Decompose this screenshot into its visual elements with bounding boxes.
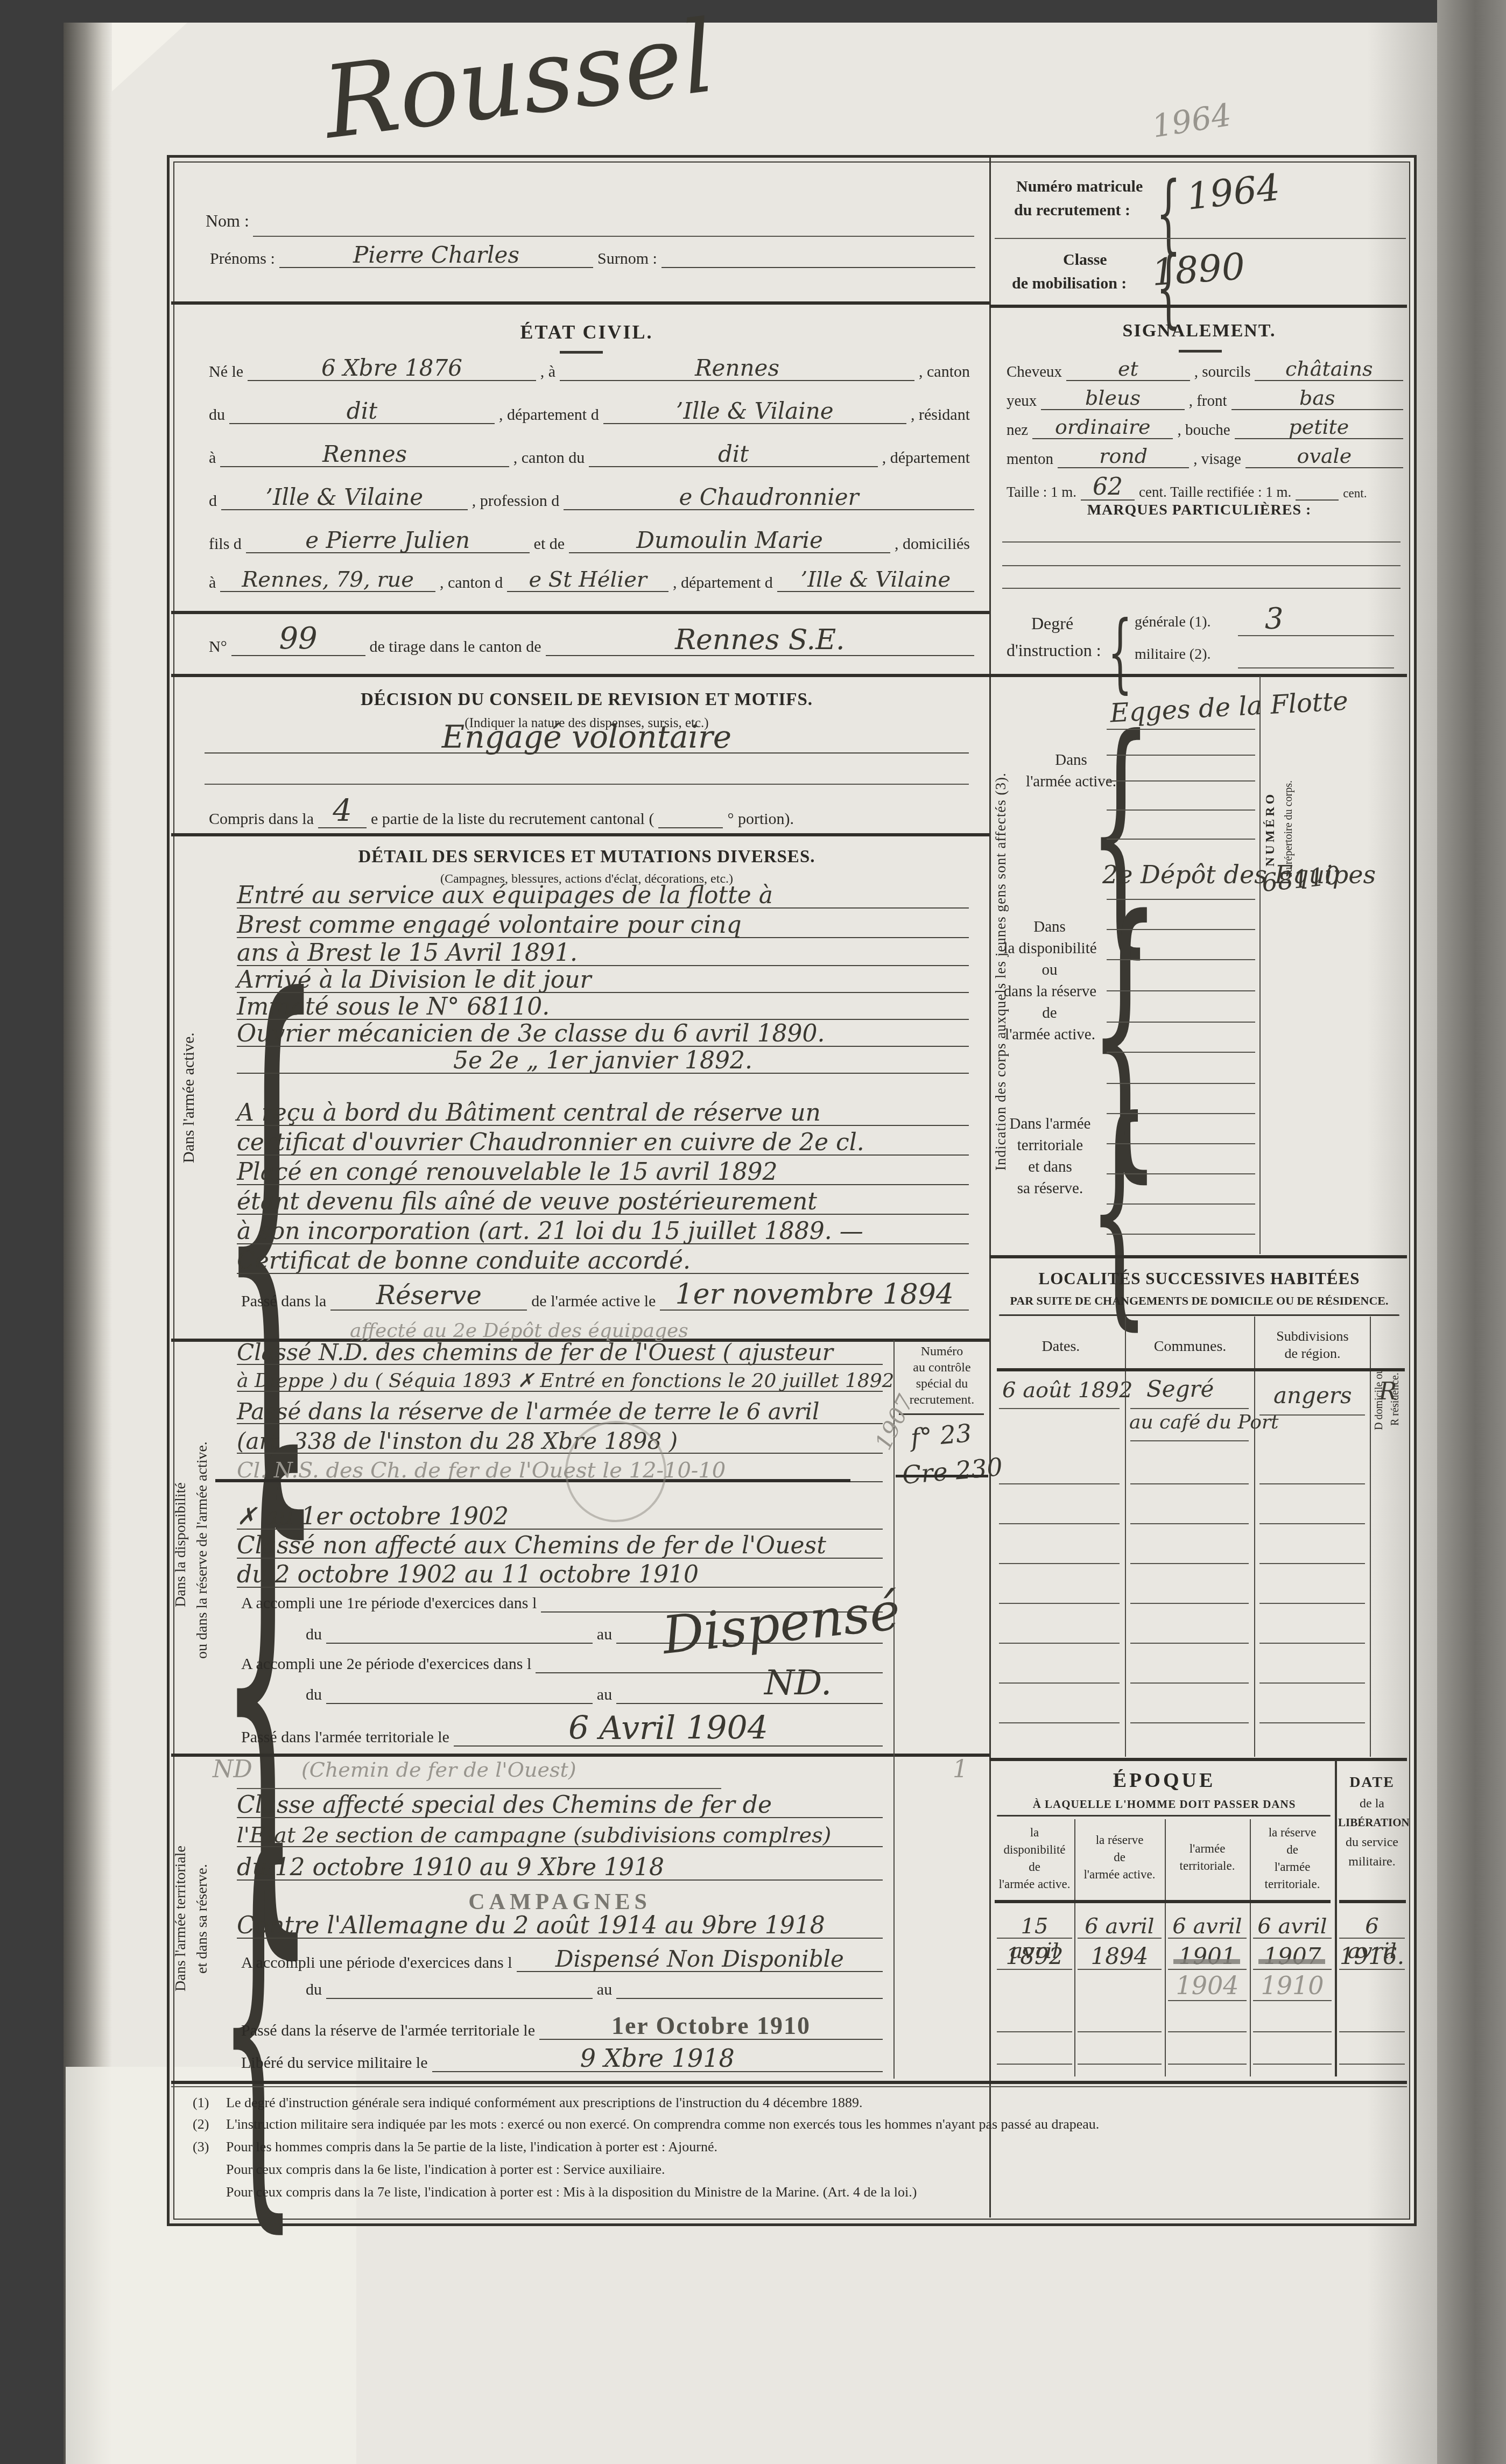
ep-u2a	[1078, 1938, 1162, 1939]
controle-header-1: Numéro	[897, 1344, 987, 1359]
loc-blank-s2	[1259, 1523, 1365, 1524]
signalement-row-4: menton rond , visage ovale	[1002, 446, 1403, 468]
epoque-c4-l4: territoriale.	[1251, 1877, 1334, 1891]
epoque-v2a: 6 avril	[1076, 1914, 1163, 1939]
loc-blank-d2	[999, 1523, 1120, 1524]
compris-portion-fill	[658, 827, 723, 828]
corps-terr-line-3	[1107, 1143, 1255, 1144]
section-label-armee-active: Dans l'armée active.	[181, 861, 197, 1335]
svc-line-5: Immaté sous le N° 68110.	[237, 995, 969, 1020]
ec-l1-h1: 6 Xbre 1876	[248, 356, 536, 381]
epoque-c2-l3: l'armée active.	[1075, 1868, 1164, 1882]
loc-blank-d6	[999, 1682, 1120, 1684]
loc-blank-c2	[1130, 1523, 1249, 1524]
loc-blank-c4	[1130, 1603, 1249, 1604]
menton-value: rond	[1058, 446, 1189, 468]
localites-ornament-rule	[999, 1314, 1399, 1316]
corps-active-line-4	[1107, 809, 1255, 811]
ep-u4c	[1253, 2000, 1332, 2001]
epoque-c4-l2: de	[1251, 1843, 1334, 1857]
localites-col-dates: Dates.	[999, 1338, 1123, 1355]
militaire-fill-line	[1238, 667, 1394, 668]
svc-line-7: 5e 2e „ 1er janvier 1892.	[237, 1049, 969, 1074]
corps-terr-line-5	[1107, 1203, 1255, 1205]
epoque-c4-l3: l'armée	[1251, 1860, 1334, 1874]
dispo-line-3: Passé dans la réserve de l'armée de terr…	[237, 1400, 883, 1424]
localites-bottom-rule	[989, 1758, 1407, 1761]
terr-periode-text: A accompli une période d'exercices dans …	[237, 1954, 517, 1972]
taille-label: Taille : 1 m.	[1002, 484, 1081, 501]
localites-col-communes: Communes.	[1128, 1338, 1252, 1355]
svc-line-1: Entré au service aux équipages de la flo…	[237, 884, 969, 909]
marques-line-1	[1002, 541, 1401, 543]
scanned-military-register-page: { "header": { "pencil_number": "1964", "…	[0, 0, 1506, 2464]
ec-l2-h2: ’Ille & Vilaine	[603, 399, 906, 424]
section-label-territoriale-2: et dans sa réserve.	[195, 1808, 210, 2029]
epoque-c2-l2: de	[1075, 1850, 1164, 1864]
signalement-title: SIGNALEMENT.	[995, 321, 1404, 341]
marques-line-2	[1002, 565, 1401, 566]
ep-u3c	[1168, 2000, 1247, 2001]
etat-civil-line-6: à Rennes, 79, rue , canton d e St Hélier…	[205, 568, 974, 592]
matricule-label-2: du recrutement :	[1014, 201, 1130, 220]
localites-col-divider-2	[1254, 1317, 1255, 1757]
tirage-no-label: N°	[205, 638, 231, 656]
passe-value-1: Réserve	[330, 1282, 527, 1310]
epoque-v5b: 1916.	[1338, 1943, 1406, 1969]
epoque-v2b: 1894	[1076, 1943, 1163, 1969]
nom-fill-line	[253, 236, 974, 237]
etat-civil-line-2: du dit , département d ’Ille & Vilaine ,…	[205, 399, 974, 424]
pencil-chemin-line: (Chemin de fer de l'Ouest)	[301, 1758, 576, 1782]
loc-blank-s7	[1259, 1722, 1365, 1723]
ep-b3	[1168, 2031, 1247, 2032]
svc-line-13: Certificat de bonne conduite accordé.	[237, 1249, 969, 1274]
controle-header-3: spécial du	[897, 1377, 987, 1391]
militaire-label: militaire (2).	[1135, 646, 1211, 663]
epoque-date-l2: de la	[1338, 1797, 1406, 1811]
tirage-row: N° 99 de tirage dans le canton de Rennes…	[205, 623, 974, 656]
svc-line-10: Placé en congé renouvelable le 15 avril …	[237, 1160, 969, 1185]
compris-value: 4	[318, 795, 367, 828]
etat-civil-line-3: à Rennes , canton du dit , département	[205, 442, 974, 467]
page-edge-backdrop	[1437, 0, 1506, 2464]
ec-l4-p1: d	[205, 492, 221, 510]
periode2-text: A accompli une 2e période d'exercices da…	[237, 1655, 536, 1673]
corps-terr-line-6	[1107, 1234, 1255, 1235]
compris-text-2: e partie de la liste du recrutement cant…	[367, 810, 658, 828]
loc-blank-c5	[1130, 1643, 1249, 1644]
pencil-depot-line: affecté au 2e Dépôt des équipages	[350, 1320, 688, 1342]
prenoms-row: Prénoms : Pierre Charles Surnom :	[206, 243, 975, 268]
ec-l4-h1: ’Ille & Vilaine	[221, 485, 468, 510]
svc-line-11: étant devenu fils aîné de veuve postérie…	[237, 1190, 969, 1215]
svc-line-4: Arrivé à la Division le dit jour	[237, 968, 969, 993]
generale-fill-line	[1238, 635, 1394, 636]
epoque-v3b-strike	[1173, 1959, 1240, 1964]
svc-line-9: certificat d'ouvrier Chaudronnier en cui…	[237, 1131, 969, 1156]
nez-label: nez	[1002, 421, 1032, 439]
surnom-fill	[661, 267, 975, 268]
epoque-v4b: 1907	[1252, 1943, 1333, 1969]
terr-au: au	[593, 1981, 616, 1999]
ep-b2	[1078, 2031, 1162, 2032]
ec-l6-h1: Rennes, 79, rue	[220, 568, 435, 592]
passe-value-2: 1er novembre 1894	[660, 1280, 969, 1311]
epoque-c1-l2: disponibilité	[995, 1843, 1074, 1857]
marques-title: MARQUES PARTICULIÈRES :	[995, 502, 1404, 519]
passe-reserve-terr-text: Passé dans la réserve de l'armée territo…	[237, 2022, 539, 2040]
corps-terr-line-2	[1107, 1113, 1255, 1114]
terr-periode-row: A accompli une période d'exercices dans …	[237, 1947, 883, 1972]
libere-row: Libéré du service militaire le 9 Xbre 19…	[237, 2045, 883, 2072]
strike-bar-line-5	[215, 1479, 850, 1482]
epoque-date-l5: militaire.	[1338, 1855, 1406, 1869]
ep-u1b	[997, 1969, 1072, 1970]
footnote-2: L'instruction militaire sera indiquée pa…	[226, 2116, 1405, 2132]
periode2-du: du	[301, 1686, 326, 1704]
ec-l6-p1: à	[205, 574, 220, 592]
periode1-du: du	[301, 1625, 326, 1644]
localites-row-date: 6 août 1892	[1002, 1378, 1132, 1403]
ep-c4	[1253, 2064, 1332, 2065]
ep-u5b	[1339, 1969, 1405, 1970]
corps-dispo-label-4: dans la réserve	[999, 983, 1101, 1001]
controle-value-2-strike	[896, 1475, 988, 1477]
passe-territoriale-row: Passé dans l'armée territoriale le 6 Avr…	[237, 1712, 883, 1747]
periode1-au: au	[593, 1625, 616, 1644]
ep-c2	[1078, 2064, 1162, 2065]
passe-territoriale-text: Passé dans l'armée territoriale le	[237, 1728, 454, 1747]
tirage-text: de tirage dans le canton de	[365, 638, 546, 656]
passe-reserve-row: Passé dans la Réserve de l'armée active …	[237, 1280, 969, 1311]
etat-civil-line-1: Né le 6 Xbre 1876 , à Rennes , canton	[205, 356, 974, 381]
epoque-c3-l2: territoriale.	[1166, 1859, 1249, 1873]
loc-blank-s3	[1259, 1563, 1365, 1564]
section-label-disponibilite-2: ou dans la réserve de l'armée active.	[195, 1346, 210, 1755]
etat-civil-bottom-rule	[171, 611, 989, 614]
ep-u1a	[997, 1938, 1072, 1939]
terr-line-2: l'Etat 2e section de campagne (subdivisi…	[237, 1825, 883, 1847]
loc-blank-s6	[1259, 1682, 1365, 1684]
epoque-date-l3: LIBÉRATION	[1338, 1816, 1406, 1829]
epoque-title: ÉPOQUE	[995, 1769, 1334, 1792]
etat-civil-title-dash	[560, 351, 603, 354]
cheveux-value: et	[1066, 358, 1190, 381]
etat-civil-line-5: fils d e Pierre Julien et de Dumoulin Ma…	[205, 529, 974, 553]
signalement-row-3: nez ordinaire , bouche petite	[1002, 417, 1403, 439]
passe-text-1: Passé dans la	[237, 1292, 330, 1311]
tirage-no-value: 99	[231, 623, 365, 656]
periode2-du-fill	[326, 1703, 593, 1704]
libere-value: 9 Xbre 1918	[432, 2045, 883, 2072]
dispo-line-2: à Dieppe ) du ( Séquia 1893 ✗ Entré en f…	[237, 1371, 883, 1392]
matricule-label-1: Numéro matricule	[1016, 178, 1143, 196]
epoque-date-l1: DATE	[1338, 1774, 1406, 1791]
corps-active-line-2	[1107, 755, 1255, 756]
surnom-label: Surnom :	[593, 250, 661, 268]
corps-terr-label-1: Dans l'armée	[999, 1115, 1101, 1133]
prenoms-value: Pierre Charles	[279, 243, 593, 268]
localites-title: LOCALITÉS SUCCESSIVES HABITÉES	[995, 1269, 1404, 1289]
loc-blank-d4	[999, 1603, 1120, 1604]
ep-u4b	[1253, 1969, 1332, 1970]
ec-l2-h1: dit	[229, 399, 495, 424]
loc-blank-d5	[999, 1643, 1120, 1644]
corps-active-line-5	[1107, 839, 1255, 840]
generale-label: générale (1).	[1135, 614, 1211, 631]
numero-vertical-label-1: NUMÉRO	[1264, 716, 1277, 942]
epoque-c1-l1: la	[995, 1826, 1074, 1840]
corps-dispo-line-4	[1107, 990, 1255, 991]
prenoms-label: Prénoms :	[206, 250, 279, 268]
ep-u3b	[1168, 1969, 1247, 1970]
footnote-5: Pour ceux compris dans la 7e liste, l'in…	[226, 2184, 1399, 2200]
epoque-v4a: 6 avril	[1252, 1914, 1333, 1939]
yeux-value: bleus	[1041, 388, 1184, 410]
decision-bottom-rule	[171, 833, 989, 836]
footnotes-top-rule-a	[171, 2081, 1407, 2084]
menton-label: menton	[1002, 450, 1058, 468]
header-bottom-rule-left	[171, 301, 989, 305]
footnote-1-label: (1)	[193, 2095, 209, 2111]
taille-rectifiee-label: cent. Taille rectifiée : 1 m.	[1135, 484, 1296, 501]
ec-l2-p1: du	[205, 406, 229, 424]
localites-row-commune-2: au café du Port	[1129, 1411, 1279, 1433]
dispo-line-8: du 2 octobre 1902 au 11 octobre 1910	[237, 1563, 883, 1588]
cheveux-label: Cheveux	[1002, 363, 1066, 381]
passe-reserve-terr-stamp: 1er Octobre 1910	[539, 2013, 883, 2040]
dispo-line-7: Classé non affecté aux Chemins de fer de…	[237, 1534, 883, 1559]
corps-terr-line-4	[1107, 1173, 1255, 1174]
signalement-title-dash	[1179, 350, 1222, 353]
svc-line-3: ans à Brest le 15 Avril 1891.	[237, 941, 969, 966]
loc-blank-c3	[1130, 1563, 1249, 1564]
epoque-subtitle: À LAQUELLE L'HOMME DOIT PASSER DANS	[995, 1798, 1334, 1811]
decision-value: Engagé volontaire	[205, 721, 969, 754]
degre-label-1: Degré	[1031, 614, 1073, 633]
ec-l5-p1: fils d	[205, 535, 246, 553]
visage-value: ovale	[1245, 446, 1403, 468]
localites-date-line	[999, 1408, 1120, 1409]
ep-u2b	[1078, 1969, 1162, 1970]
ep-u5a	[1339, 1938, 1405, 1939]
corps-dispo-label-1: Dans	[1012, 918, 1087, 936]
marques-line-3	[1002, 588, 1401, 589]
epoque-ornament-rule	[997, 1815, 1331, 1817]
epoque-c3-l1: l'armée	[1166, 1842, 1249, 1856]
terr-du: du	[301, 1981, 326, 1999]
ep-b5	[1339, 2031, 1405, 2032]
dispo-line-6: ✗ au 1er octobre 1902	[237, 1505, 883, 1530]
bouche-label: , bouche	[1173, 421, 1234, 439]
corps-dispo-label-3: ou	[1012, 961, 1087, 979]
ec-l3-p2: , canton du	[509, 449, 589, 467]
loc-blank-c7	[1130, 1722, 1249, 1723]
pencil-nd: ND	[213, 1756, 252, 1783]
ec-l1-p3: , canton	[914, 363, 974, 381]
ep-c3	[1168, 2064, 1247, 2065]
terr-du-fill	[326, 1998, 593, 1999]
localites-row-commune-1: Segré	[1146, 1376, 1214, 1402]
ec-l1-h2: Rennes	[560, 356, 914, 381]
corps-active-line-3	[1107, 780, 1255, 782]
generale-value: 3	[1265, 602, 1283, 636]
classe-label-1: Classe	[1063, 251, 1107, 269]
corps-active-label-2: l'armée active.	[1007, 773, 1136, 791]
corps-dispo-line-1	[1107, 899, 1255, 900]
localites-col-subdiv-1: Subdivisions	[1257, 1328, 1368, 1344]
front-label: , front	[1185, 392, 1231, 410]
campagnes-stamp: CAMPAGNES	[237, 1889, 883, 1915]
visage-label: , visage	[1189, 450, 1245, 468]
corps-dispo-label-6: l'armée active.	[999, 1026, 1101, 1044]
numero-vertical-label-2: au répertoire du corps.	[1283, 700, 1294, 958]
taille-row: Taille : 1 m. 62 cent. Taille rectifiée …	[1002, 475, 1403, 501]
corps-bottom-rule	[989, 1255, 1407, 1258]
periode2-du-au-row: du au	[301, 1686, 883, 1704]
localites-col-subdiv-2: de région.	[1257, 1346, 1368, 1362]
header-right-divider	[995, 238, 1406, 239]
ec-l5-p3: , domiciliés	[890, 535, 974, 553]
loc-blank-s5	[1259, 1643, 1365, 1644]
footnotes-top-rule-b	[171, 2086, 1407, 2087]
epoque-c2-l1: la réserve	[1075, 1833, 1164, 1847]
epoque-v3c-pencil: 1904	[1167, 1971, 1248, 2000]
controle-header-2: au contrôle	[897, 1361, 987, 1375]
epoque-date-l4: du service	[1338, 1835, 1406, 1850]
svc-line-2: Brest comme engagé volontaire pour cinq	[237, 913, 969, 938]
header-bottom-rule-right	[989, 305, 1407, 308]
localites-col-divider-3	[1370, 1317, 1371, 1757]
taille-value: 62	[1081, 475, 1135, 501]
ec-l5-h1: e Pierre Julien	[246, 529, 530, 553]
footnote-1: Le degré d'instruction générale sera ind…	[226, 2095, 1399, 2111]
ep-b1	[997, 2031, 1072, 2032]
epoque-c4-l1: la réserve	[1251, 1826, 1334, 1840]
corps-terr-label-4: sa réserve.	[999, 1180, 1101, 1198]
epoque-date-divider	[1335, 1760, 1337, 2076]
yeux-label: yeux	[1002, 392, 1041, 410]
decision-blank-line	[205, 784, 969, 785]
compris-text-1: Compris dans la	[205, 810, 318, 828]
localites-header-rule	[997, 1368, 1405, 1371]
compris-text-3: ° portion).	[723, 810, 798, 828]
periode2-au-fill	[616, 1703, 883, 1704]
signalement-row-2: yeux bleus , front bas	[1002, 388, 1403, 410]
corps-terr-brace: {	[1088, 1069, 1150, 1351]
sourcils-value: châtains	[1255, 358, 1403, 381]
footnote-3-label: (3)	[193, 2139, 209, 2155]
ep-u3a	[1168, 1938, 1247, 1939]
dispo-line-4: (art. 338 de l'inston du 28 Xbre 1898 )	[237, 1430, 883, 1454]
corps-dispo-label-2: la disponibilité	[999, 940, 1101, 958]
front-value: bas	[1231, 388, 1404, 410]
ec-l6-p3: , département d	[668, 574, 777, 592]
taille-rectifiee-fill	[1296, 499, 1339, 501]
epoque-c1-l4: l'armée active.	[995, 1877, 1074, 1891]
ec-l3-h2: dit	[589, 442, 877, 467]
footnote-3: Pour les hommes compris dans la 5e parti…	[226, 2139, 1399, 2155]
epoque-header-rule	[995, 1900, 1331, 1903]
ec-l4-p2: , profession d	[468, 492, 564, 510]
nez-value: ordinaire	[1032, 417, 1173, 439]
terr-au-fill	[616, 1998, 883, 1999]
periode1-text: A accompli une 1re période d'exercices d…	[237, 1594, 541, 1613]
corps-dispo-line-3	[1107, 959, 1255, 960]
ec-l4-h2: e Chaudronnier	[564, 485, 974, 510]
compris-row: Compris dans la 4 e partie de la liste d…	[205, 795, 974, 828]
signalement-row-1: Cheveux et , sourcils châtains	[1002, 358, 1403, 381]
periode2-au: au	[593, 1686, 616, 1704]
libere-text: Libéré du service militaire le	[237, 2054, 432, 2072]
svc-line-6: Ouvrier mécanicien de 3e classe du 6 avr…	[237, 1022, 969, 1047]
corps-dispo-label-5: de	[1012, 1004, 1087, 1022]
corps-terr-line-1	[1107, 1083, 1255, 1084]
ec-l2-p2: , département d	[495, 406, 603, 424]
ec-l1-p2: , à	[536, 363, 560, 381]
epoque-v1b: 1892	[996, 1943, 1073, 1969]
localites-row-dr: R	[1379, 1378, 1397, 1405]
ec-l6-h3: ’Ille & Vilaine	[777, 568, 974, 592]
ec-l5-p2: et de	[530, 535, 569, 553]
svc-line-12: à son incorporation (art. 21 loi du 15 j…	[237, 1220, 969, 1244]
ec-l3-p1: à	[205, 449, 220, 467]
epoque-col-divider-2	[1165, 1819, 1166, 2076]
ep-c5	[1339, 2064, 1405, 2065]
corps-numero-divider	[1259, 676, 1261, 1254]
terr-line-3: du 12 octobre 1910 au 9 Xbre 1918	[237, 1856, 883, 1881]
dispo-line-1: Classé N.D. des chemins de fer de l'Oues…	[237, 1341, 883, 1365]
passe-text-2: de l'armée active le	[527, 1292, 660, 1311]
loc-blank-d1	[999, 1483, 1120, 1484]
tirage-bottom-rule	[171, 674, 989, 677]
epoque-v3a: 6 avril	[1167, 1914, 1248, 1939]
footnote-4: Pour ceux compris dans la 6e liste, l'in…	[226, 2162, 1399, 2178]
loc-blank-c6	[1130, 1682, 1249, 1684]
etat-civil-title: ÉTAT CIVIL.	[205, 321, 969, 343]
svc-line-8: A reçu à bord du Bâtiment central de rés…	[237, 1101, 969, 1126]
epoque-c1-l3: de	[995, 1860, 1074, 1874]
corps-active-label-1: Dans	[1039, 751, 1103, 769]
nom-label: Nom :	[206, 211, 249, 231]
bouche-value: petite	[1235, 417, 1403, 439]
corps-terr-label-2: territoriale	[999, 1137, 1101, 1154]
pencil-one: 1	[953, 1756, 968, 1783]
epoque-v4b-strike	[1258, 1959, 1325, 1964]
classe-value: 1890	[1150, 245, 1246, 294]
corps-active-line-1	[1107, 729, 1255, 730]
passe-territoriale-value: 6 Avril 1904	[454, 1712, 883, 1747]
terr-periode-value: Dispensé Non Disponible	[517, 1947, 883, 1972]
loc-blank-d7	[999, 1722, 1120, 1723]
corps-dispo-line-2	[1107, 929, 1255, 930]
degre-label-2: d'instruction :	[1007, 640, 1101, 660]
corps-dispo-line-5	[1107, 1022, 1255, 1023]
ec-l3-p3: , département	[878, 449, 974, 467]
classe-label-2: de mobilisation :	[1012, 274, 1127, 293]
loc-blank-s1	[1259, 1483, 1365, 1484]
loc-blank-s4	[1259, 1603, 1365, 1604]
epoque-v3b: 1901	[1167, 1943, 1248, 1969]
terr-line-1: Classe affecté special des Chemins de fe…	[237, 1793, 883, 1818]
passe-reserve-terr-row: Passé dans la réserve de l'armée territo…	[237, 2013, 883, 2040]
etat-civil-line-4: d ’Ille & Vilaine , profession d e Chaud…	[205, 485, 974, 510]
section-label-territoriale-1: Dans l'armée territoriale	[173, 1792, 188, 2045]
sourcils-label: , sourcils	[1190, 363, 1255, 381]
localites-subdiv-line	[1259, 1414, 1365, 1416]
loc-blank-c1	[1130, 1483, 1249, 1484]
